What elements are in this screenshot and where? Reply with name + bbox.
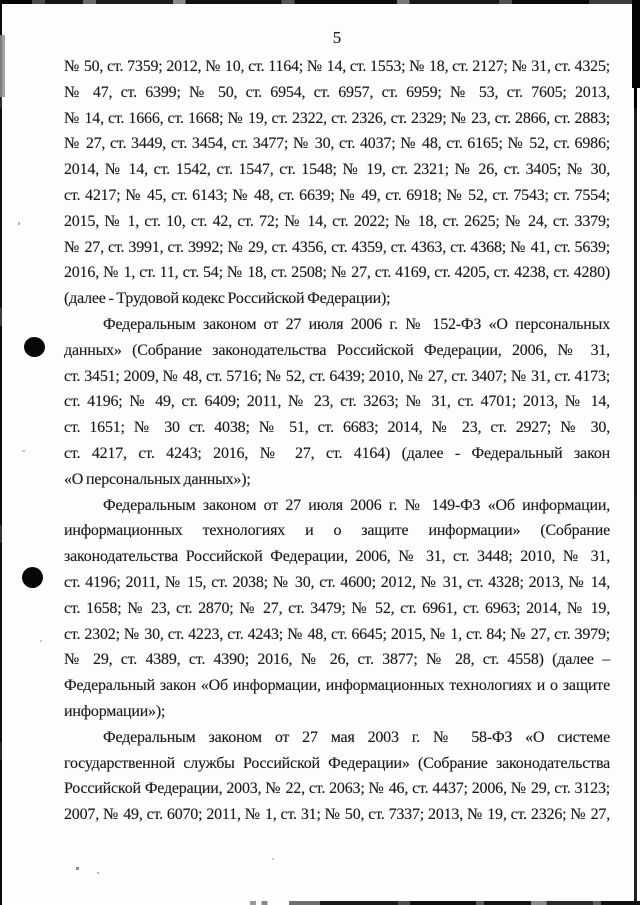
text-line: № 50, ст. 7359; 2012, № 10, ст. 1164; № …: [64, 54, 610, 80]
text-line: информации»);: [64, 699, 610, 725]
text-line: ст. 4217, ст. 4243; 2016, № 27, ст. 4164…: [64, 441, 610, 467]
text-line: 2015, № 1, ст. 10, ст. 42, ст. 72; № 14,…: [64, 209, 610, 235]
text-line: Федеральным законом от 27 июля 2006 г. №…: [64, 493, 610, 519]
text-line: ст. 1651; № 30 ст. 4038; № 51, ст. 6683;…: [64, 415, 610, 441]
scan-edge-right-artifact: [634, 0, 637, 905]
text-line: ст. 4217; № 45, ст. 6143; № 48, ст. 6639…: [64, 183, 610, 209]
text-line: № 14, ст. 1666, ст. 1668; № 19, ст. 2322…: [64, 106, 610, 132]
text-line: № 27, ст. 3449, ст. 3454, ст. 3477; № 30…: [64, 131, 610, 157]
text-line: 2007, № 49, ст. 6070; 2011, № 1, ст. 31;…: [64, 802, 610, 828]
text-line: (далее - Трудовой кодекс Российской Феде…: [64, 286, 610, 312]
hole-punch-mark: [22, 567, 43, 588]
scan-speck: [76, 867, 79, 870]
text-line: ст. 2302; № 30, ст. 4223, ст. 4243; № 48…: [64, 622, 610, 648]
text-line: «О персональных данных»);: [64, 467, 610, 493]
text-line: законодательства Российской Федерации, 2…: [64, 544, 610, 570]
scan-speck: [97, 872, 99, 874]
scan-speck: [22, 450, 25, 452]
text-line: № 27, ст. 3991, ст. 3992; № 29, ст. 4356…: [64, 235, 610, 261]
scan-speck: [272, 858, 274, 860]
text-line: данных» (Собрание законодательства Росси…: [64, 338, 610, 364]
text-line: 2016, № 1, ст. 11, ст. 54; № 18, ст. 250…: [64, 260, 610, 286]
text-line: 2014, № 14, ст. 1542, ст. 1547, ст. 1548…: [64, 157, 610, 183]
text-line: ст. 4196; 2011, № 15, ст. 2038; № 30, ст…: [64, 570, 610, 596]
text-line: Российской Федерации, 2003, № 22, ст. 20…: [64, 776, 610, 802]
text-line: № 29, ст. 4389, ст. 4390; 2016, № 26, ст…: [64, 647, 610, 673]
scan-speck: [40, 640, 42, 642]
scan-edge-left-artifact: [0, 0, 2, 905]
scan-edge-top-artifact: [0, 0, 640, 4]
text-line: Федеральным законом от 27 мая 2003 г. № …: [64, 725, 610, 751]
scan-speck: [18, 222, 20, 225]
page-number: 5: [64, 28, 610, 48]
text-line: Федеральный закон «Об информации, информ…: [64, 673, 610, 699]
scanned-document-page: 5 № 50, ст. 7359; 2012, № 10, ст. 1164; …: [0, 0, 640, 905]
text-line: ст. 3451; 2009, № 48, ст. 5716; № 52, ст…: [64, 364, 610, 390]
text-line: Федеральным законом от 27 июля 2006 г. №…: [64, 312, 610, 338]
scan-edge-bottom-artifact: [250, 901, 640, 905]
text-line: ст. 1658; № 23, ст. 2870; № 27, ст. 3479…: [64, 596, 610, 622]
scan-edge-right-corner-artifact: [632, 0, 640, 88]
document-text: № 50, ст. 7359; 2012, № 10, ст. 1164; № …: [64, 54, 610, 828]
scan-edge-left-band-artifact: [0, 35, 5, 97]
text-line: информационных технологиях и о защите ин…: [64, 518, 610, 544]
text-line: ст. 4196; № 49, ст. 6409; 2011, № 23, ст…: [64, 389, 610, 415]
text-line: государственной службы Российской Федера…: [64, 751, 610, 777]
hole-punch-mark: [23, 336, 47, 359]
text-line: № 47, ст. 6399; № 50, ст. 6954, ст. 6957…: [64, 80, 610, 106]
